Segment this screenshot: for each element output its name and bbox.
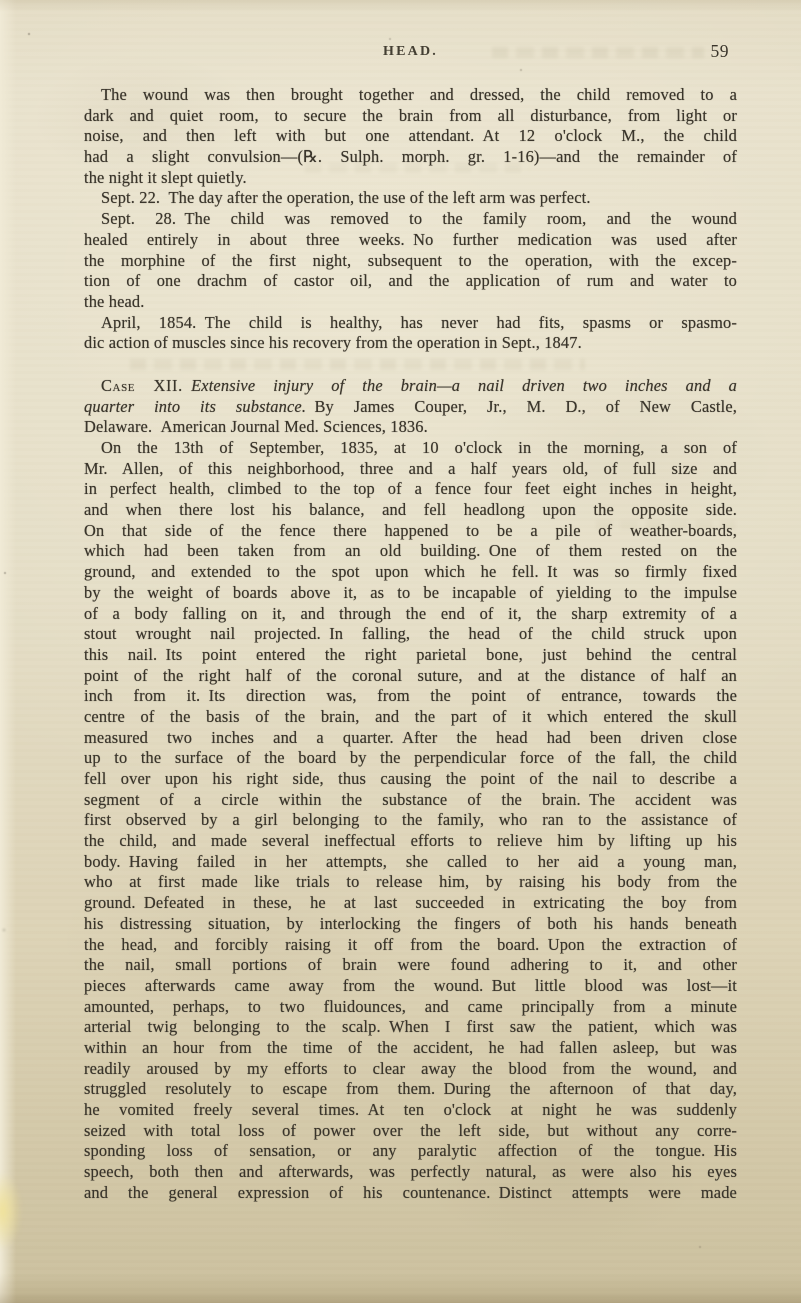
text-segment: arterial twig belonging to the scalp. Wh… xyxy=(84,1017,737,1036)
text-line: readily aroused by my efforts to clear a… xyxy=(84,1059,737,1080)
text-segment: April, 1854. The child is healthy, has n… xyxy=(101,313,737,332)
text-line: this nail. Its point entered the right p… xyxy=(84,645,737,666)
text-line: his distressing situation, by interlocki… xyxy=(84,914,737,935)
text-segment: he vomited freely several times. At ten … xyxy=(84,1100,737,1119)
text-segment: inch from it. Its direction was, from th… xyxy=(84,686,737,705)
text-line: Mr. Allen, of this neighborhood, three a… xyxy=(84,459,737,480)
paragraph: Sept. 22. The day after the operation, t… xyxy=(84,188,737,209)
text-segment: speech, both then and afterwards, was pe… xyxy=(84,1162,737,1181)
text-segment: fell over upon his right side, thus caus… xyxy=(84,769,737,788)
text-line: of a body falling on it, and through the… xyxy=(84,604,737,625)
text-line: and the general expression of his counte… xyxy=(84,1183,737,1204)
paragraph: Sept. 28. The child was removed to the f… xyxy=(84,209,737,312)
top-shadow xyxy=(0,0,801,12)
text-line: stout wrought nail projected. In falling… xyxy=(84,624,737,645)
text-line: The wound was then brought together and … xyxy=(84,85,737,106)
text-segment: this nail. Its point entered the right p… xyxy=(84,645,737,664)
paragraph: The wound was then brought together and … xyxy=(84,85,737,188)
text-segment: of a body falling on it, and through the… xyxy=(84,604,737,623)
text-segment: centre of the basis of the brain, and th… xyxy=(84,707,737,726)
text-segment: by the weight of boards above it, as to … xyxy=(84,583,737,602)
text-line: and when there lost his balance, and fel… xyxy=(84,500,737,521)
text-line: first observed by a girl belonging to th… xyxy=(84,810,737,831)
running-head-title: HEAD. xyxy=(84,44,737,60)
text-line: tion of one drachm of castor oil, and th… xyxy=(84,271,737,292)
text-line: up to the surface of the board by the pe… xyxy=(84,748,737,769)
text-line: Delaware. American Journal Med. Sciences… xyxy=(84,417,737,438)
text-line: arterial twig belonging to the scalp. Wh… xyxy=(84,1017,737,1038)
text-segment: On that side of the fence there happened… xyxy=(84,521,737,540)
text-segment: noise, and then left with but one attend… xyxy=(84,126,737,145)
text-segment: Delaware. American Journal Med. Sciences… xyxy=(84,417,428,436)
text-segment: ground, and extended to the spot upon wh… xyxy=(84,562,737,581)
text-segment: the nail, small portions of brain were f… xyxy=(84,955,737,974)
book-page: HEAD. 59 The wound was then brought toge… xyxy=(0,0,801,1303)
text-line: segment of a circle within the substance… xyxy=(84,790,737,811)
text-segment: Sept. 22. The day after the operation, t… xyxy=(101,188,591,207)
text-line: the head. xyxy=(84,292,737,313)
text-line: within an hour from the time of the acci… xyxy=(84,1038,737,1059)
text-segment: and the general expression of his counte… xyxy=(84,1183,737,1202)
text-segment: dic action of muscles since his recovery… xyxy=(84,333,582,352)
text-line: noise, and then left with but one attend… xyxy=(84,126,737,147)
text-line: which had been taken from an old buildin… xyxy=(84,541,737,562)
text-segment: The wound was then brought together and … xyxy=(101,85,737,104)
text-segment: point of the right half of the coronal s… xyxy=(84,666,737,685)
paper-stain xyxy=(0,1172,22,1250)
text-line: by the weight of boards above it, as to … xyxy=(84,583,737,604)
text-segment: sponding loss of sensation, or any paral… xyxy=(84,1141,737,1160)
paper-specks xyxy=(0,0,2,2)
text-segment: within an hour from the time of the acci… xyxy=(84,1038,737,1057)
text-line: had a slight convulsion—(℞. Sulph. morph… xyxy=(84,147,737,168)
text-line: centre of the basis of the brain, and th… xyxy=(84,707,737,728)
text-segment: dark and quiet room, to secure the brain… xyxy=(84,106,737,125)
text-segment xyxy=(183,376,191,395)
text-line: the nail, small portions of brain were f… xyxy=(84,955,737,976)
text-line: amounted, perhaps, to two fluidounces, a… xyxy=(84,997,737,1018)
text-line: body. Having failed in her attempts, she… xyxy=(84,852,737,873)
text-segment: ground. Defeated in these, he at last su… xyxy=(84,893,737,912)
text-line: healed entirely in about three weeks. No… xyxy=(84,230,737,251)
text-segment: stout wrought nail projected. In falling… xyxy=(84,624,737,643)
text-line: seized with total loss of power over the… xyxy=(84,1121,737,1142)
text-segment: readily aroused by my efforts to clear a… xyxy=(84,1059,737,1078)
text-line: speech, both then and afterwards, was pe… xyxy=(84,1162,737,1183)
text-segment: his distressing situation, by interlocki… xyxy=(84,914,737,933)
text-segment: struggled resolutely to escape from them… xyxy=(84,1079,737,1098)
text-line: the night it slept quietly. xyxy=(84,168,737,189)
paragraph: On the 13th of September, 1835, at 10 o'… xyxy=(84,438,737,1203)
text-line: inch from it. Its direction was, from th… xyxy=(84,686,737,707)
text-segment: in perfect health, climbed to the top of… xyxy=(84,479,737,498)
text-segment: which had been taken from an old buildin… xyxy=(84,541,737,560)
text-segment: seized with total loss of power over the… xyxy=(84,1121,737,1140)
text-segment: tion of one drachm of castor oil, and th… xyxy=(84,271,737,290)
text-segment: On the 13th of September, 1835, at 10 o'… xyxy=(101,438,737,457)
text-line: who at first made like trials to release… xyxy=(84,872,737,893)
paragraph: Case XII. Extensive injury of the brain—… xyxy=(84,376,737,438)
text-segment: pieces afterwards came away from the wou… xyxy=(84,976,737,995)
text-segment: body. Having failed in her attempts, she… xyxy=(84,852,737,871)
text-segment: measured two inches and a quarter. After… xyxy=(84,728,737,747)
text-segment: who at first made like trials to release… xyxy=(84,872,737,891)
text-line: in perfect health, climbed to the top of… xyxy=(84,479,737,500)
text-segment: the night it slept quietly. xyxy=(84,168,247,187)
text-segment: the head, and forcibly raising it off fr… xyxy=(84,935,737,954)
page-number: 59 xyxy=(711,41,730,62)
text-line: ground. Defeated in these, he at last su… xyxy=(84,893,737,914)
text-segment: had a slight convulsion—(℞. Sulph. morph… xyxy=(84,147,737,166)
text-line: fell over upon his right side, thus caus… xyxy=(84,769,737,790)
text-segment: amounted, perhaps, to two fluidounces, a… xyxy=(84,997,737,1016)
text-block: The wound was then brought together and … xyxy=(84,85,737,1203)
text-segment: first observed by a girl belonging to th… xyxy=(84,810,737,829)
text-line: the morphine of the first night, subsequ… xyxy=(84,251,737,272)
text-line: struggled resolutely to escape from them… xyxy=(84,1079,737,1100)
text-line: measured two inches and a quarter. After… xyxy=(84,728,737,749)
text-segment: Case XII. xyxy=(101,376,183,395)
text-segment: By James Couper, Jr., M. D., of New Cast… xyxy=(306,397,737,416)
text-segment: quarter into its substance. xyxy=(84,397,306,416)
text-segment: Extensive injury of the brain—a nail dri… xyxy=(191,376,737,395)
text-line: April, 1854. The child is healthy, has n… xyxy=(84,313,737,334)
text-line: dic action of muscles since his recovery… xyxy=(84,333,737,354)
text-line: dark and quiet room, to secure the brain… xyxy=(84,106,737,127)
text-segment: the morphine of the first night, subsequ… xyxy=(84,251,737,270)
text-line: Case XII. Extensive injury of the brain—… xyxy=(84,376,737,397)
text-segment: Sept. 28. The child was removed to the f… xyxy=(101,209,737,228)
text-segment: the head. xyxy=(84,292,145,311)
text-segment: healed entirely in about three weeks. No… xyxy=(84,230,737,249)
paragraph: April, 1854. The child is healthy, has n… xyxy=(84,313,737,354)
text-segment: Mr. Allen, of this neighborhood, three a… xyxy=(84,459,737,478)
text-line: ground, and extended to the spot upon wh… xyxy=(84,562,737,583)
text-segment: and when there lost his balance, and fel… xyxy=(84,500,737,519)
text-line: Sept. 28. The child was removed to the f… xyxy=(84,209,737,230)
bottom-shadow xyxy=(0,1273,801,1303)
text-line: sponding loss of sensation, or any paral… xyxy=(84,1141,737,1162)
text-line: Sept. 22. The day after the operation, t… xyxy=(84,188,737,209)
text-line: On the 13th of September, 1835, at 10 o'… xyxy=(84,438,737,459)
page-left-edge xyxy=(0,0,16,1303)
text-segment: the child, and made several ineffectual … xyxy=(84,831,737,850)
text-line: the child, and made several ineffectual … xyxy=(84,831,737,852)
text-segment: up to the surface of the board by the pe… xyxy=(84,748,737,767)
text-line: quarter into its substance. By James Cou… xyxy=(84,397,737,418)
text-segment: segment of a circle within the substance… xyxy=(84,790,737,809)
text-line: pieces afterwards came away from the wou… xyxy=(84,976,737,997)
text-line: On that side of the fence there happened… xyxy=(84,521,737,542)
text-line: he vomited freely several times. At ten … xyxy=(84,1100,737,1121)
text-line: point of the right half of the coronal s… xyxy=(84,666,737,687)
text-line: the head, and forcibly raising it off fr… xyxy=(84,935,737,956)
